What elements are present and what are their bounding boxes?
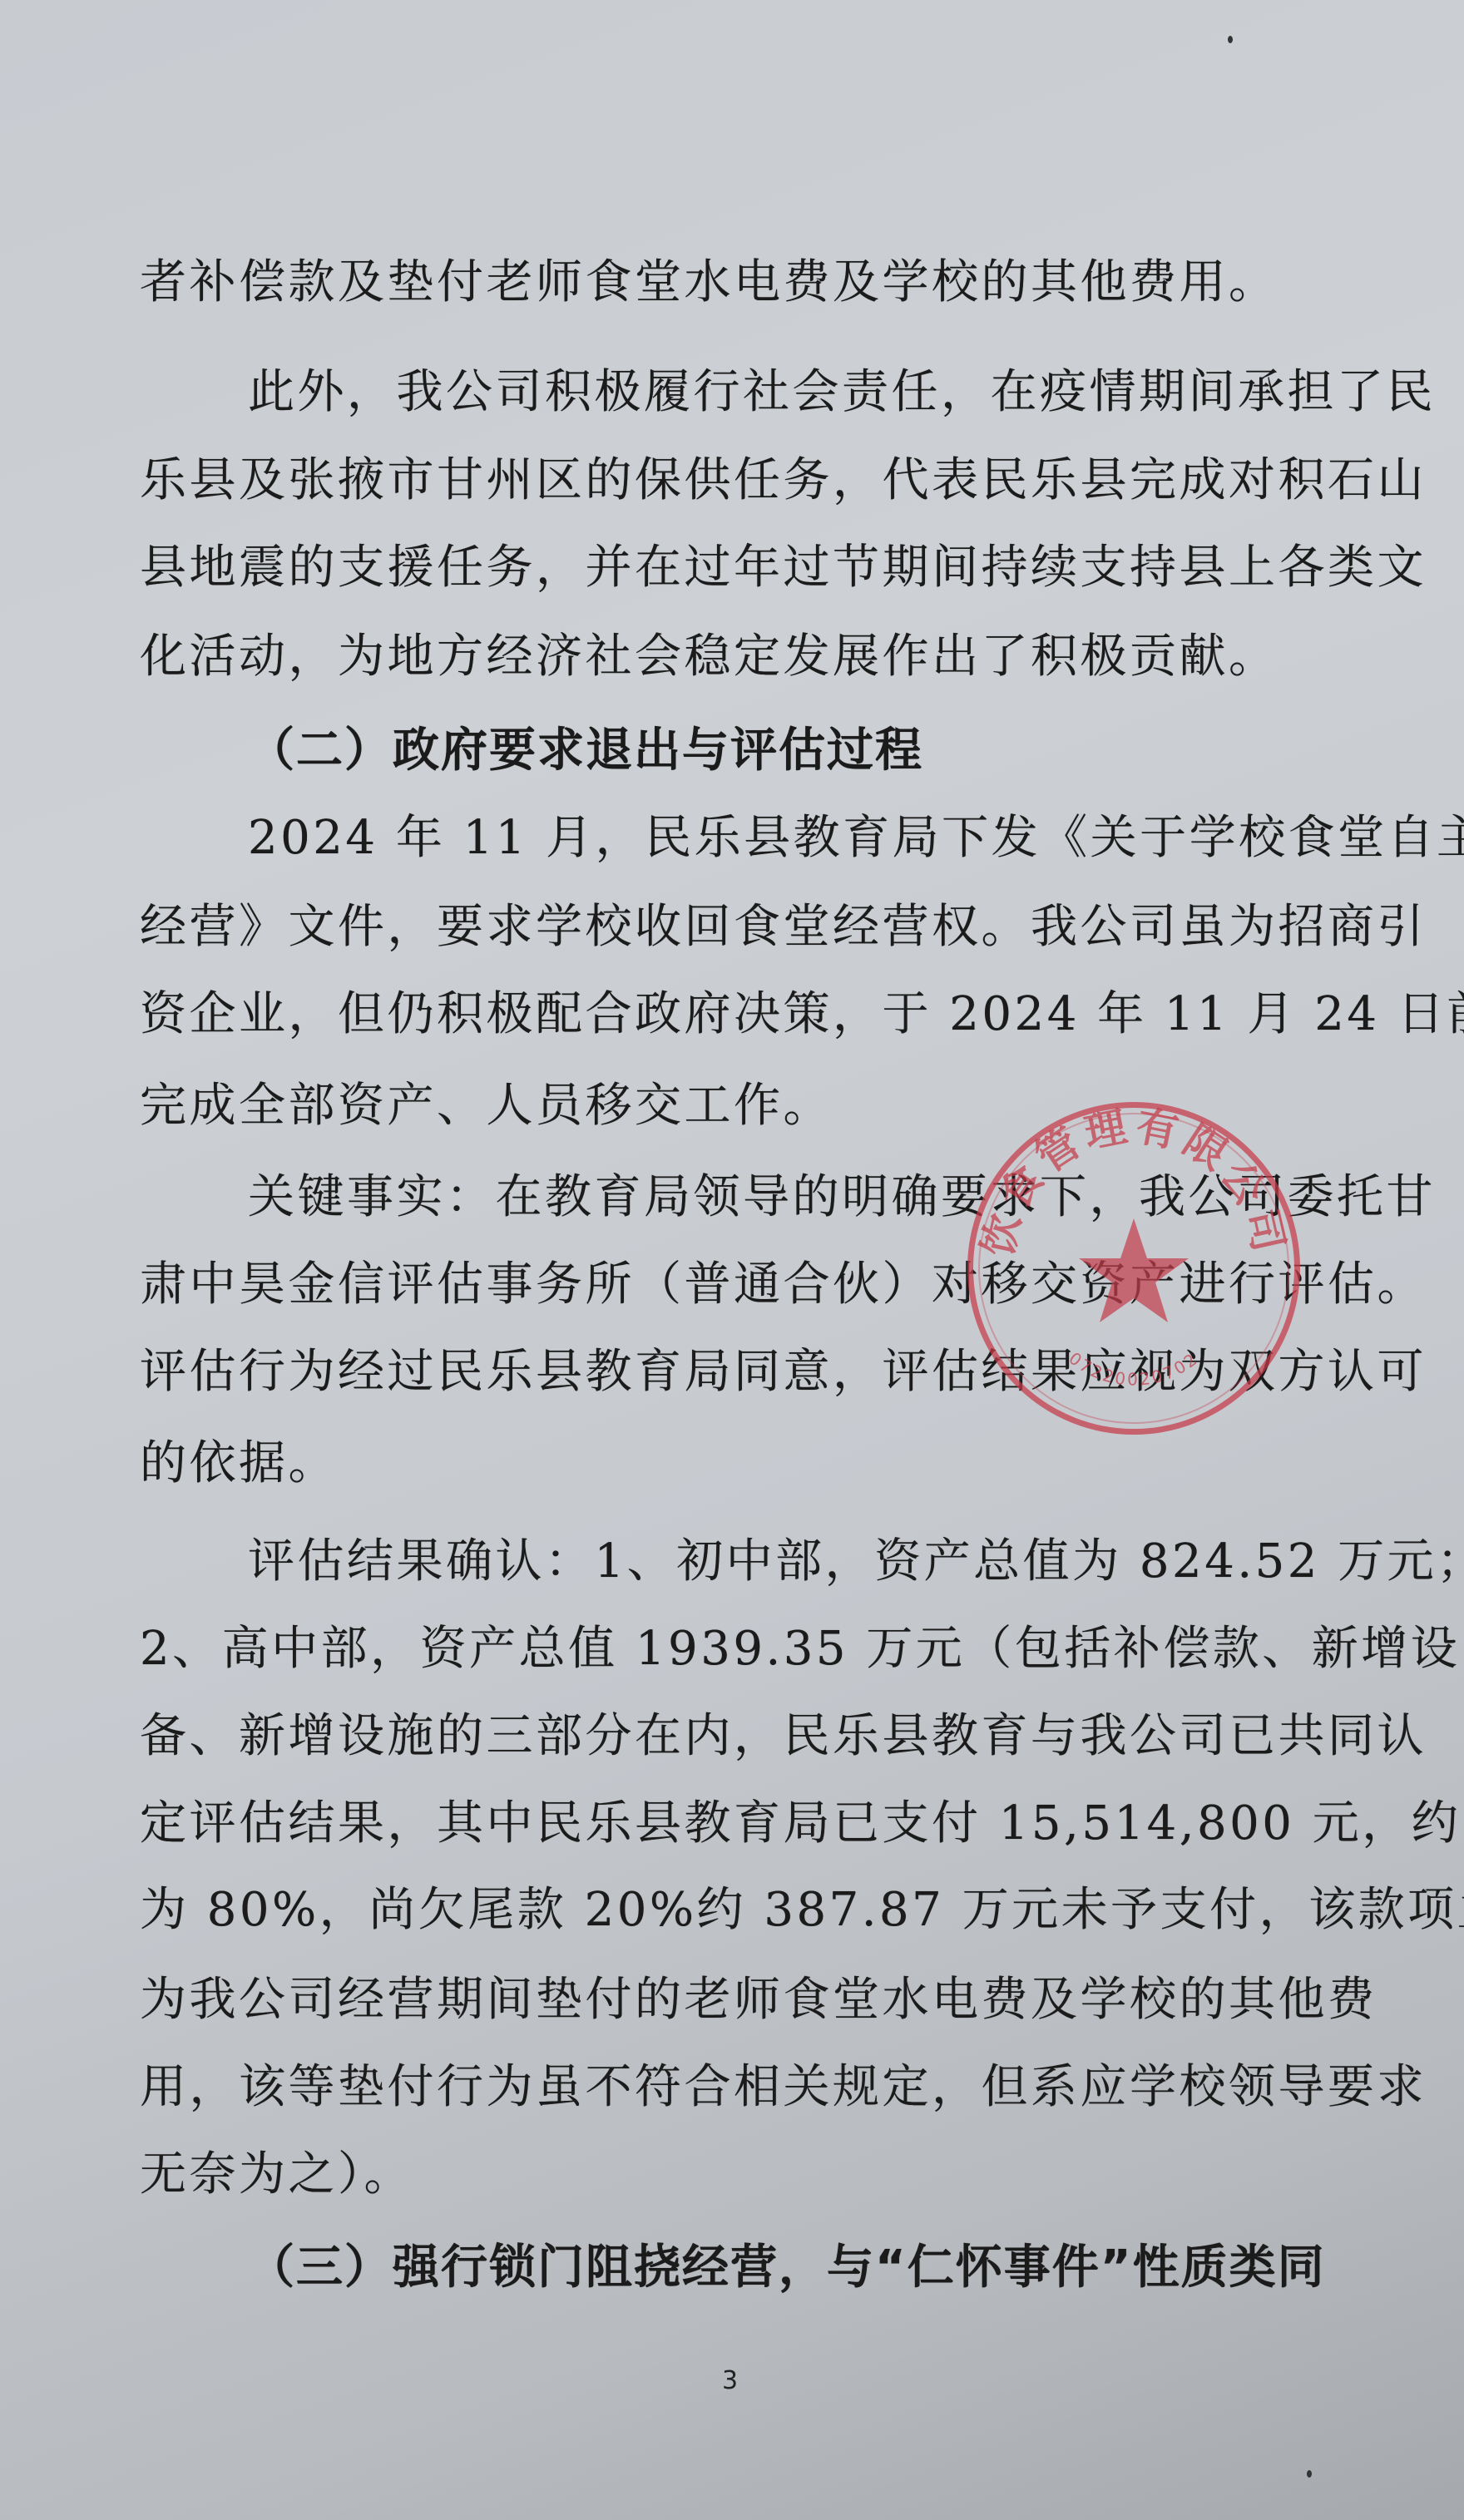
paragraph-line: 经营》文件，要求学校收回食堂经营权。我公司虽为招商引 (140, 898, 1427, 956)
paragraph-line: 此外，我公司积极履行社会责任，在疫情期间承担了民 (248, 363, 1436, 422)
paragraph-line: 化活动，为地方经济社会稳定发展作出了积极贡献。 (140, 628, 1279, 686)
paragraph-line: 关键事实：在教育局领导的明确要求下，我公司委托甘 (248, 1169, 1436, 1227)
paper-speck (1307, 2470, 1312, 2478)
paragraph-line: 无奈为之）。 (140, 2146, 413, 2204)
page-number: 3 (722, 2366, 738, 2395)
paragraph-line: 备、新增设施的三部分在内，民乐县教育与我公司已共同认 (140, 1707, 1427, 1766)
section-heading-3: （三）强行锁门阻挠经营，与“仁怀事件”性质类同 (248, 2239, 1326, 2297)
paragraph-line: 资企业，但仍积极配合政府决策，于 2024 年 11 月 24 日前 (140, 986, 1464, 1044)
paragraph-line: 用，该等垫付行为虽不符合相关规定，但系应学校领导要求 (140, 2058, 1427, 2117)
document-page: 者补偿款及垫付老师食堂水电费及学校的其他费用。 此外，我公司积极履行社会责任，在… (0, 0, 1464, 2520)
paragraph-line: 者补偿款及垫付老师食堂水电费及学校的其他费用。 (140, 254, 1279, 312)
paragraph-line: 县地震的支援任务，并在过年过节期间持续支持县上各类文 (140, 539, 1427, 597)
paragraph-line: 为我公司经营期间垫付的老师食堂水电费及学校的其他费 (140, 1971, 1377, 2029)
paragraph-line: 2、高中部，资产总值 1939.35 万元（包括补偿款、新增设 (140, 1620, 1460, 1678)
paragraph-line: 的依据。 (140, 1435, 338, 1493)
paragraph-line: 为 80%，尚欠尾款 20%约 387.87 万元未予支付，该款项主要 (140, 1881, 1464, 1939)
section-heading-2: （二）政府要求退出与评估过程 (248, 722, 923, 780)
paragraph-line: 完成全部资产、人员移交工作。 (140, 1077, 833, 1135)
paragraph-line: 定评估结果，其中民乐县教育局已支付 15,514,800 元，约 (140, 1795, 1461, 1853)
paragraph-line: 评估行为经过民乐县教育局同意，评估结果应视为双方认可 (140, 1343, 1427, 1401)
paragraph-line: 评估结果确认：1、初中部，资产总值为 824.52 万元； (248, 1533, 1464, 1591)
paragraph-line: 2024 年 11 月，民乐县教育局下发《关于学校食堂自主 (248, 809, 1464, 867)
paragraph-line: 乐县及张掖市甘州区的保供任务，代表民乐县完成对积石山 (140, 452, 1427, 510)
paper-speck (1228, 36, 1233, 43)
paragraph-line: 肃中昊金信评估事务所（普通合伙）对移交资产进行评估。 (140, 1256, 1427, 1314)
